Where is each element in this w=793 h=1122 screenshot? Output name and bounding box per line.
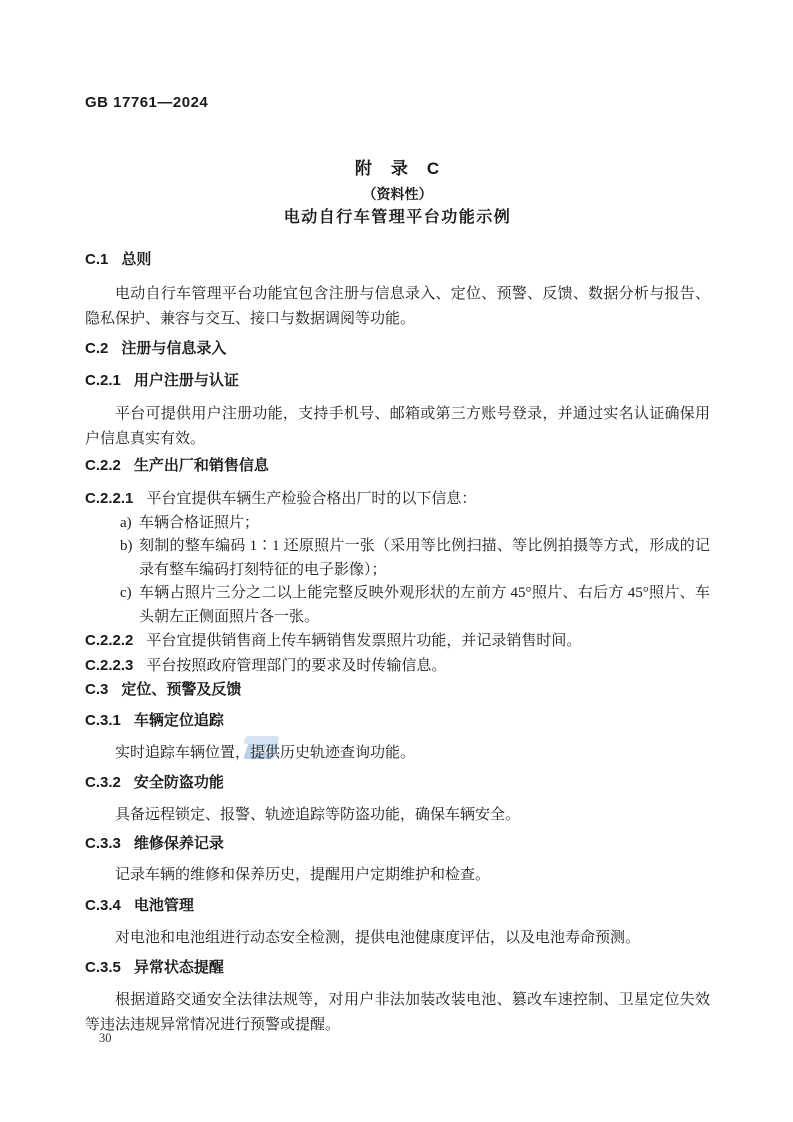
paragraph-c32: 具备远程锁定、报警、轨迹追踪等防盗功能，确保车辆安全。 [85,803,710,828]
section-title: 异常状态提醒 [134,959,224,976]
paragraph-c31: 实时追踪车辆位置，提供历史轨迹查询功能。 [85,741,710,766]
clause-text: 平台宜提供销售商上传车辆销售发票照片功能，并记录销售时间。 [146,633,581,649]
page-content: 附 录 C （资料性） 电动自行车管理平台功能示例 C.1总则 电动自行车管理平… [85,160,710,1037]
list-item-text: 车辆合格证照片； [139,512,710,536]
lettered-list: a) 车辆合格证照片； b) 刻制的整车编码 1∶1 还原照片一张（采用等比例扫… [85,512,710,630]
list-item-b: b) 刻制的整车编码 1∶1 还原照片一张（采用等比例扫描、等比例拍摄等方式，形… [120,535,710,582]
section-number: C.2.2 [85,457,121,474]
clause-number: C.2.2.3 [85,657,133,674]
section-number: C.3.1 [85,712,121,729]
list-item-c: c) 车辆占照片三分之二以上能完整反映外观形状的左前方 45°照片、右后方 45… [120,582,710,629]
list-item-label: c) [120,582,139,629]
section-heading-c21: C.2.1用户注册与认证 [85,373,710,389]
section-title: 安全防盗功能 [134,774,224,791]
list-item-a: a) 车辆合格证照片； [120,512,710,536]
section-title: 用户注册与认证 [134,372,239,389]
paragraph-c34: 对电池和电池组进行动态安全检测，提供电池健康度评估，以及电池寿命预测。 [85,926,710,951]
section-heading-c35: C.3.5异常状态提醒 [85,960,710,976]
section-title: 定位、预警及反馈 [121,681,241,698]
clause-text: 平台宜提供车辆生产检验合格出厂时的以下信息： [146,491,476,507]
section-heading-c22: C.2.2生产出厂和销售信息 [85,458,710,474]
document-page: GB 17761—2024 SAC 附 录 C （资料性） 电动自行车管理平台功… [0,0,793,1122]
clause-c222: C.2.2.2平台宜提供销售商上传车辆销售发票照片功能，并记录销售时间。 [85,629,710,654]
list-item-text: 车辆占照片三分之二以上能完整反映外观形状的左前方 45°照片、右后方 45°照片… [139,582,710,629]
section-number: C.3.2 [85,774,121,791]
section-title: 车辆定位追踪 [134,712,224,729]
list-item-label: b) [120,535,139,582]
appendix-subject: 电动自行车管理平台功能示例 [85,209,710,226]
section-title: 电池管理 [134,897,194,914]
section-number: C.3.4 [85,897,121,914]
section-number: C.3.5 [85,959,121,976]
section-title: 注册与信息录入 [121,340,226,357]
section-heading-c32: C.3.2安全防盗功能 [85,775,710,791]
section-heading-c34: C.3.4电池管理 [85,898,710,914]
standard-code: GB 17761—2024 [85,94,208,111]
paragraph-c21: 平台可提供用户注册功能，支持手机号、邮箱或第三方账号登录，并通过实名认证确保用户… [85,402,710,451]
appendix-informative: （资料性） [85,187,710,202]
list-item-text: 刻制的整车编码 1∶1 还原照片一张（采用等比例扫描、等比例拍摄等方式，形成的记… [139,535,710,582]
section-number: C.2.1 [85,372,121,389]
paragraph-c1: 电动自行车管理平台功能宜包含注册与信息录入、定位、预警、反馈、数据分析与报告、隐… [85,282,710,331]
list-item-label: a) [120,512,139,536]
paragraph-c33: 记录车辆的维修和保养历史，提醒用户定期维护和检查。 [85,863,710,888]
clause-c221: C.2.2.1平台宜提供车辆生产检验合格出厂时的以下信息： [85,487,710,512]
section-title: 总则 [121,251,151,268]
section-heading-c31: C.3.1车辆定位追踪 [85,713,710,729]
section-heading-c3: C.3定位、预警及反馈 [85,682,710,698]
clause-number: C.2.2.1 [85,490,133,507]
clause-text: 平台按照政府管理部门的要求及时传输信息。 [146,658,446,674]
clause-c223: C.2.2.3平台按照政府管理部门的要求及时传输信息。 [85,654,710,679]
section-number: C.3 [85,681,108,698]
section-number: C.1 [85,251,108,268]
appendix-title: 附 录 C [85,160,710,178]
section-heading-c33: C.3.3维修保养记录 [85,836,710,852]
section-heading-c1: C.1总则 [85,252,710,268]
clause-number: C.2.2.2 [85,632,133,649]
paragraph-c35: 根据道路交通安全法律法规等，对用户非法加装改装电池、篡改车速控制、卫星定位失效等… [85,988,710,1037]
section-title: 维修保养记录 [134,835,224,852]
section-heading-c2: C.2注册与信息录入 [85,341,710,357]
section-number: C.3.3 [85,835,121,852]
section-title: 生产出厂和销售信息 [134,457,269,474]
section-number: C.2 [85,340,108,357]
